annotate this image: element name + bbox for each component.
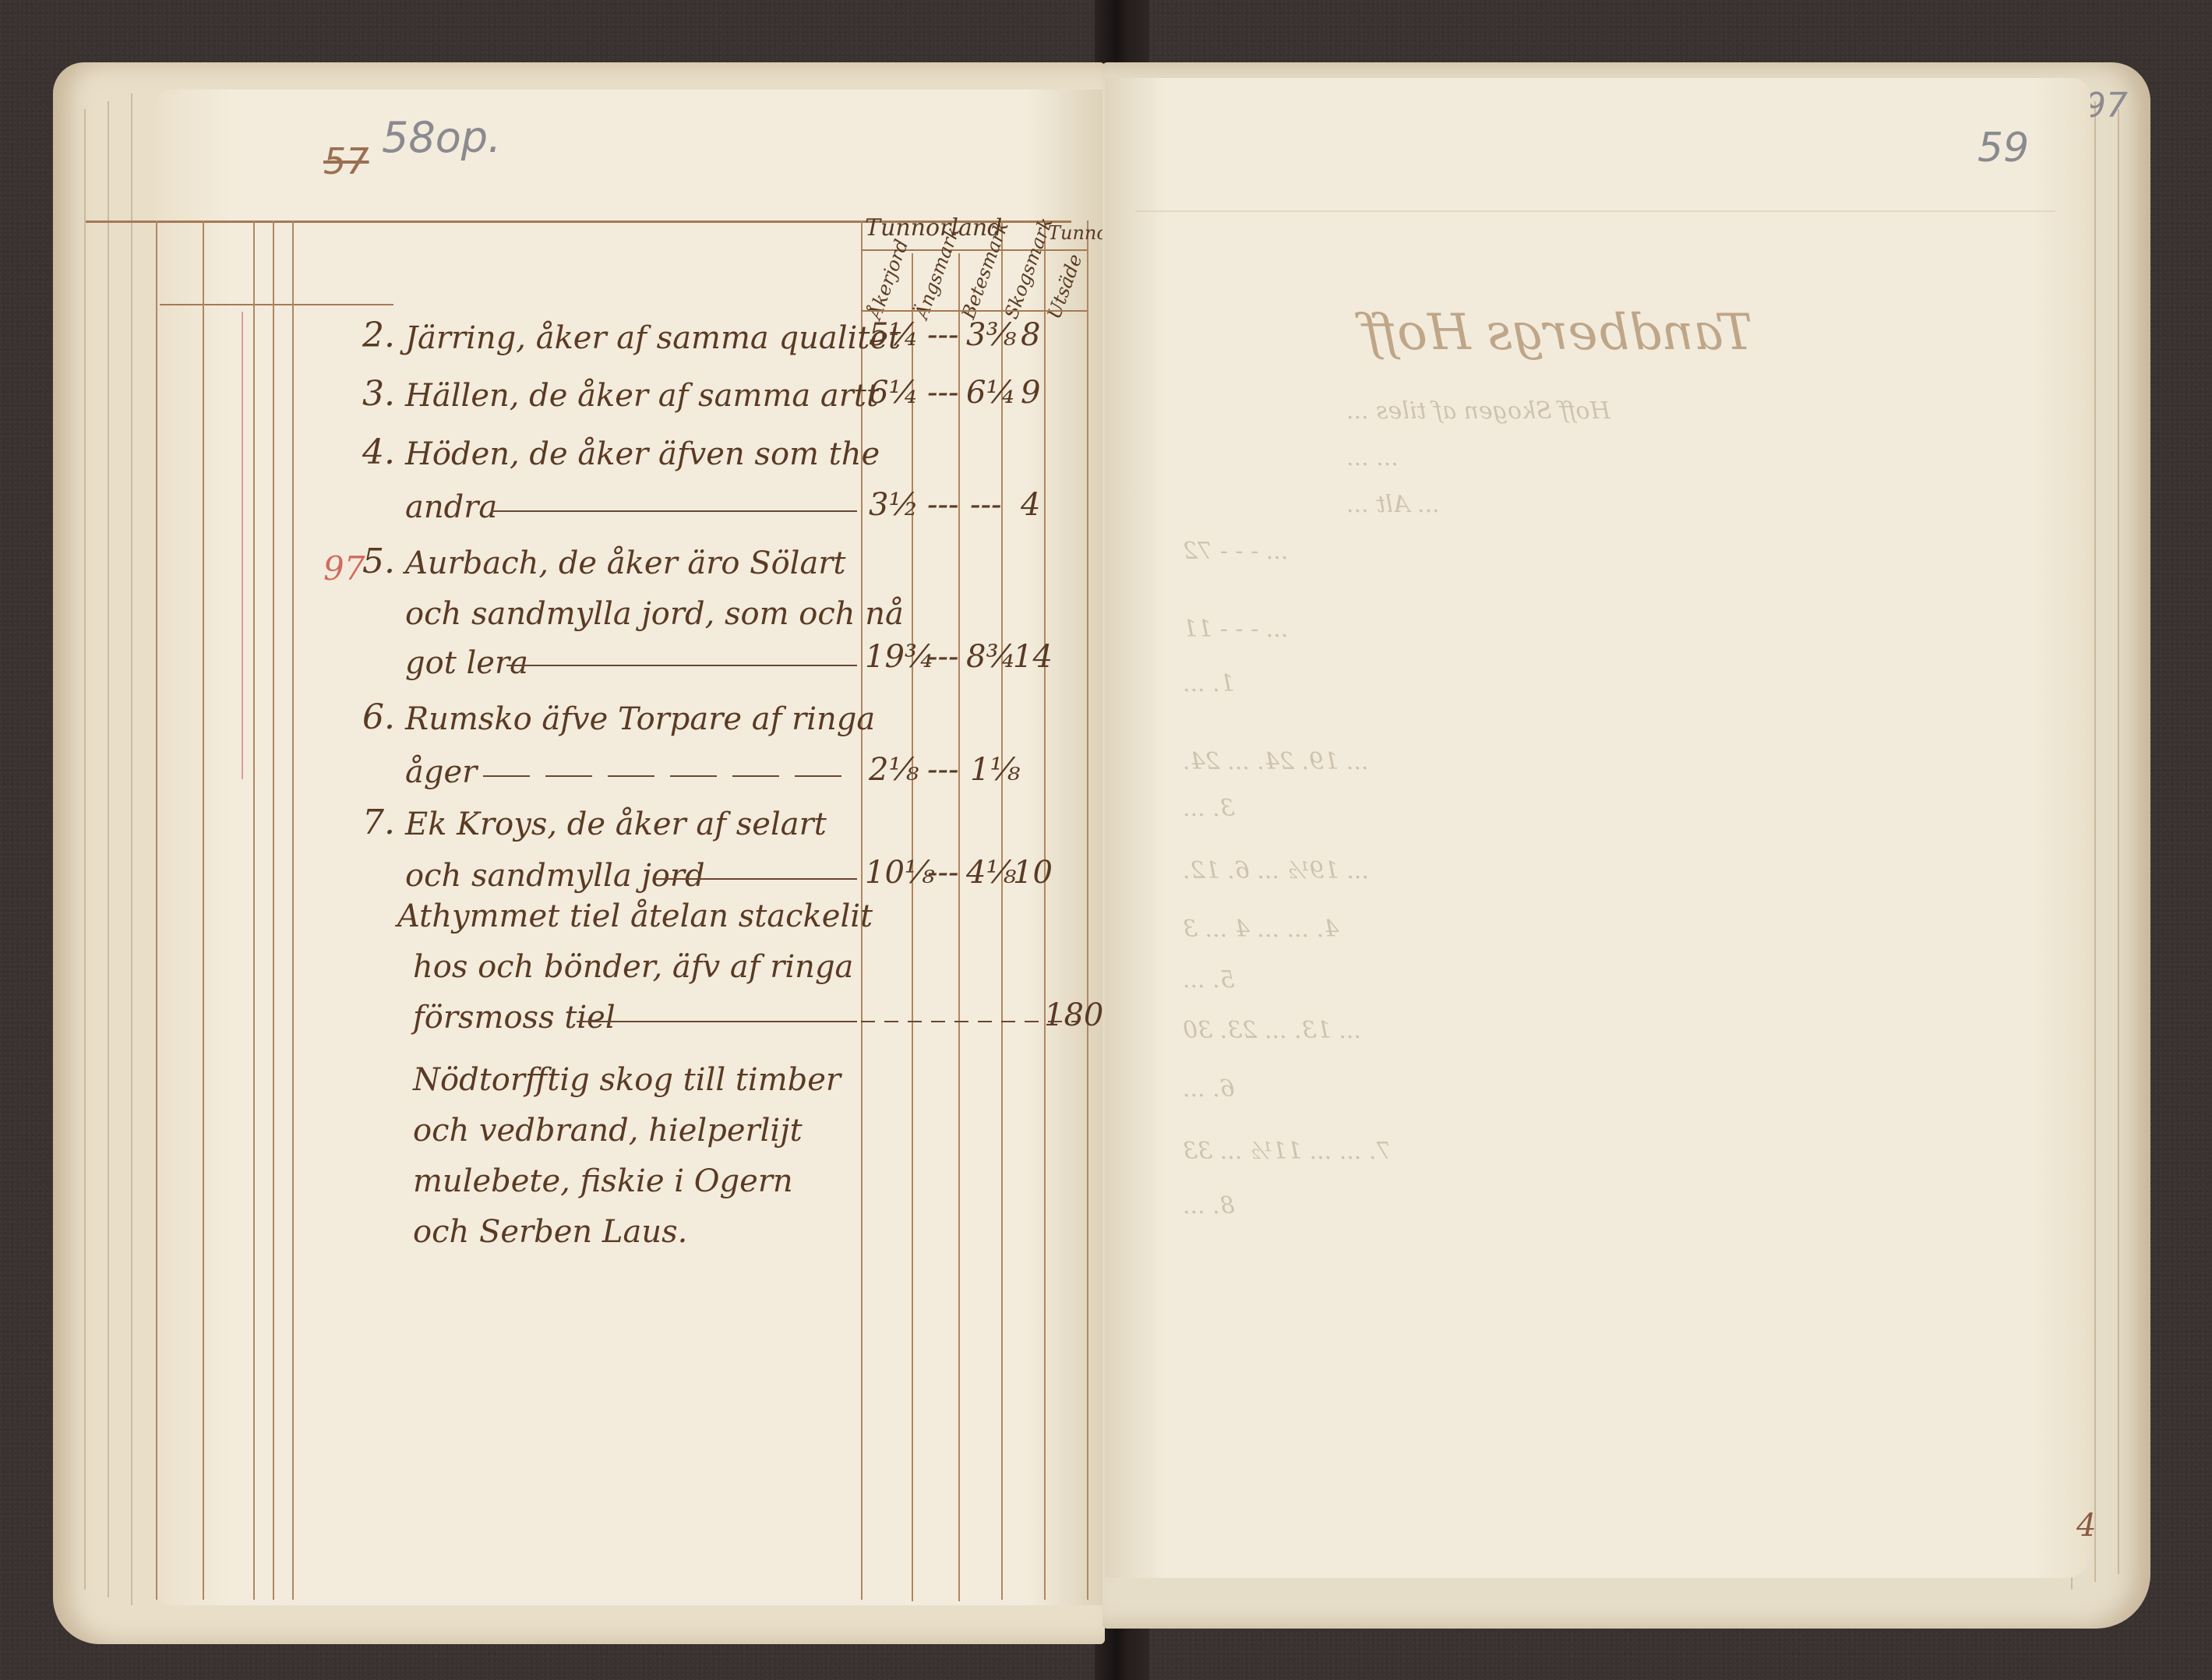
header-sub-rule bbox=[160, 304, 393, 305]
pencil-folio-number-right: 59 bbox=[1977, 125, 2029, 171]
bottom-corner-mark: 4 bbox=[2076, 1508, 2096, 1544]
column-group-header-1: Tunnorland bbox=[865, 214, 1002, 242]
red-margin-rule bbox=[242, 312, 243, 779]
edge-folio-number: 97 bbox=[2084, 86, 2128, 125]
old-folio-number: 57 bbox=[323, 140, 369, 182]
left-page: 57 58op. Tunnorland Tunnor Åkerjord Ängs… bbox=[156, 90, 1102, 1605]
notes-total-value: 180 bbox=[1044, 997, 1103, 1033]
bleed-through-title: Tandbergs Hoff bbox=[1362, 304, 1752, 362]
right-page: 59 Tandbergs Hoff Hoff Skogen af tiles .… bbox=[1105, 78, 2090, 1578]
red-margin-note: 97 bbox=[323, 549, 365, 588]
pencil-folio-number: 58op. bbox=[382, 113, 501, 162]
